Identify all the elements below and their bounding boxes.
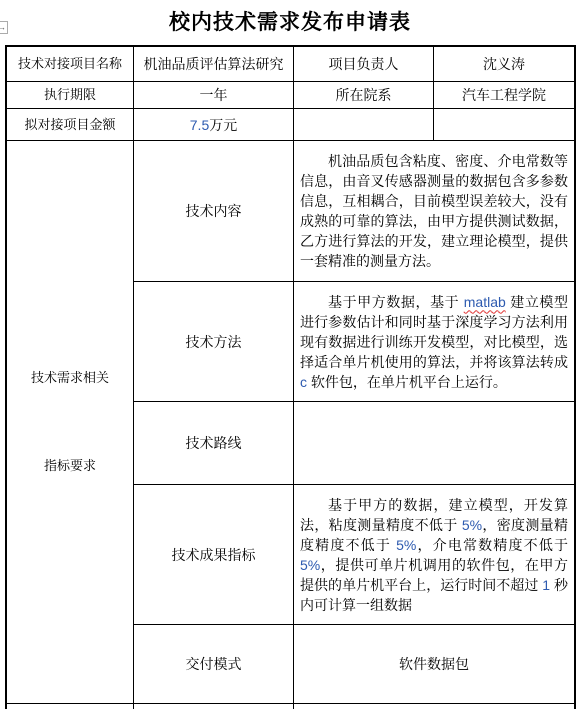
cell-tech-content-label: 技术内容 bbox=[134, 141, 294, 282]
cell-requirements-group: 技术需求相关 指标要求 bbox=[7, 141, 134, 704]
tech-content-paragraph: 机油品质包含粘度、密度、介电常数等信息，由音叉传感器测量的数据包含多参数信息，互… bbox=[300, 151, 568, 271]
amount-number: 7.5 bbox=[190, 115, 209, 135]
metric-value: 5% bbox=[300, 557, 320, 573]
text-segment: 软件包，在单片机平台上运行。 bbox=[307, 374, 507, 390]
cell-department-value: 汽车工程学院 bbox=[434, 82, 574, 109]
cell-outcome-value: 基于甲方的数据，建立模型，开发算法，粘度测量精度不低于 5%，密度测量精度精度不… bbox=[294, 485, 574, 625]
cell-empty-2 bbox=[434, 109, 574, 141]
requirements-group-line2: 指标要求 bbox=[44, 456, 96, 476]
page-title: 校内技术需求发布申请表 bbox=[0, 6, 580, 36]
cell-project-name-value: 机油品质评估算法研究 bbox=[134, 47, 294, 82]
cell-tech-route-value bbox=[294, 402, 574, 485]
amount-unit: 万元 bbox=[209, 115, 237, 135]
partial-row-cell bbox=[134, 704, 294, 709]
text-segment: 基于甲方数据，基于 bbox=[328, 294, 464, 310]
cell-delivery-value: 软件数据包 bbox=[294, 625, 574, 704]
cell-outcome-label: 技术成果指标 bbox=[134, 485, 294, 625]
cell-amount-label: 拟对接项目金额 bbox=[7, 109, 134, 141]
cell-amount-value: 7.5 万元 bbox=[134, 109, 294, 141]
cell-leader-label: 项目负责人 bbox=[294, 47, 434, 82]
cell-tech-method-label: 技术方法 bbox=[134, 282, 294, 402]
cell-project-name-label: 技术对接项目名称 bbox=[7, 47, 134, 82]
cell-duration-label: 执行期限 bbox=[7, 82, 134, 109]
text-segment: ，介电常数精度不低于 bbox=[416, 537, 568, 553]
cell-empty-1 bbox=[294, 109, 434, 141]
partial-row-cell bbox=[294, 704, 574, 709]
tech-method-paragraph: 基于甲方数据，基于 matlab 建立模型进行参数估计和同时基于深度学习方法利用… bbox=[300, 292, 568, 392]
cell-duration-value: 一年 bbox=[134, 82, 294, 109]
c-keyword: c bbox=[300, 374, 307, 390]
metric-value: 5% bbox=[462, 517, 482, 533]
outcome-paragraph: 基于甲方的数据，建立模型，开发算法，粘度测量精度不低于 5%，密度测量精度精度不… bbox=[300, 495, 568, 615]
partial-row-cell bbox=[7, 704, 134, 709]
cell-tech-method-value: 基于甲方数据，基于 matlab 建立模型进行参数估计和同时基于深度学习方法利用… bbox=[294, 282, 574, 402]
matlab-keyword: matlab bbox=[464, 294, 506, 310]
text-segment: ，提供可单片机调用的软件包，在甲方提供的单片机平台上，运行时间不超过 bbox=[300, 557, 568, 593]
requirements-group-line1: 技术需求相关 bbox=[31, 368, 109, 388]
cell-leader-value: 沈义涛 bbox=[434, 47, 574, 82]
cell-tech-content-value: 机油品质包含粘度、密度、介电常数等信息，由音叉传感器测量的数据包含多参数信息，互… bbox=[294, 141, 574, 282]
metric-value: 5% bbox=[396, 537, 416, 553]
cell-department-label: 所在院系 bbox=[294, 82, 434, 109]
table-move-handle-icon[interactable]: → bbox=[0, 21, 8, 34]
cell-tech-route-label: 技术路线 bbox=[134, 402, 294, 485]
cell-delivery-label: 交付模式 bbox=[134, 625, 294, 704]
request-form-table: 技术对接项目名称 机油品质评估算法研究 项目负责人 沈义涛 执行期限 一年 所在… bbox=[5, 45, 576, 709]
metric-value: 1 bbox=[542, 577, 550, 593]
